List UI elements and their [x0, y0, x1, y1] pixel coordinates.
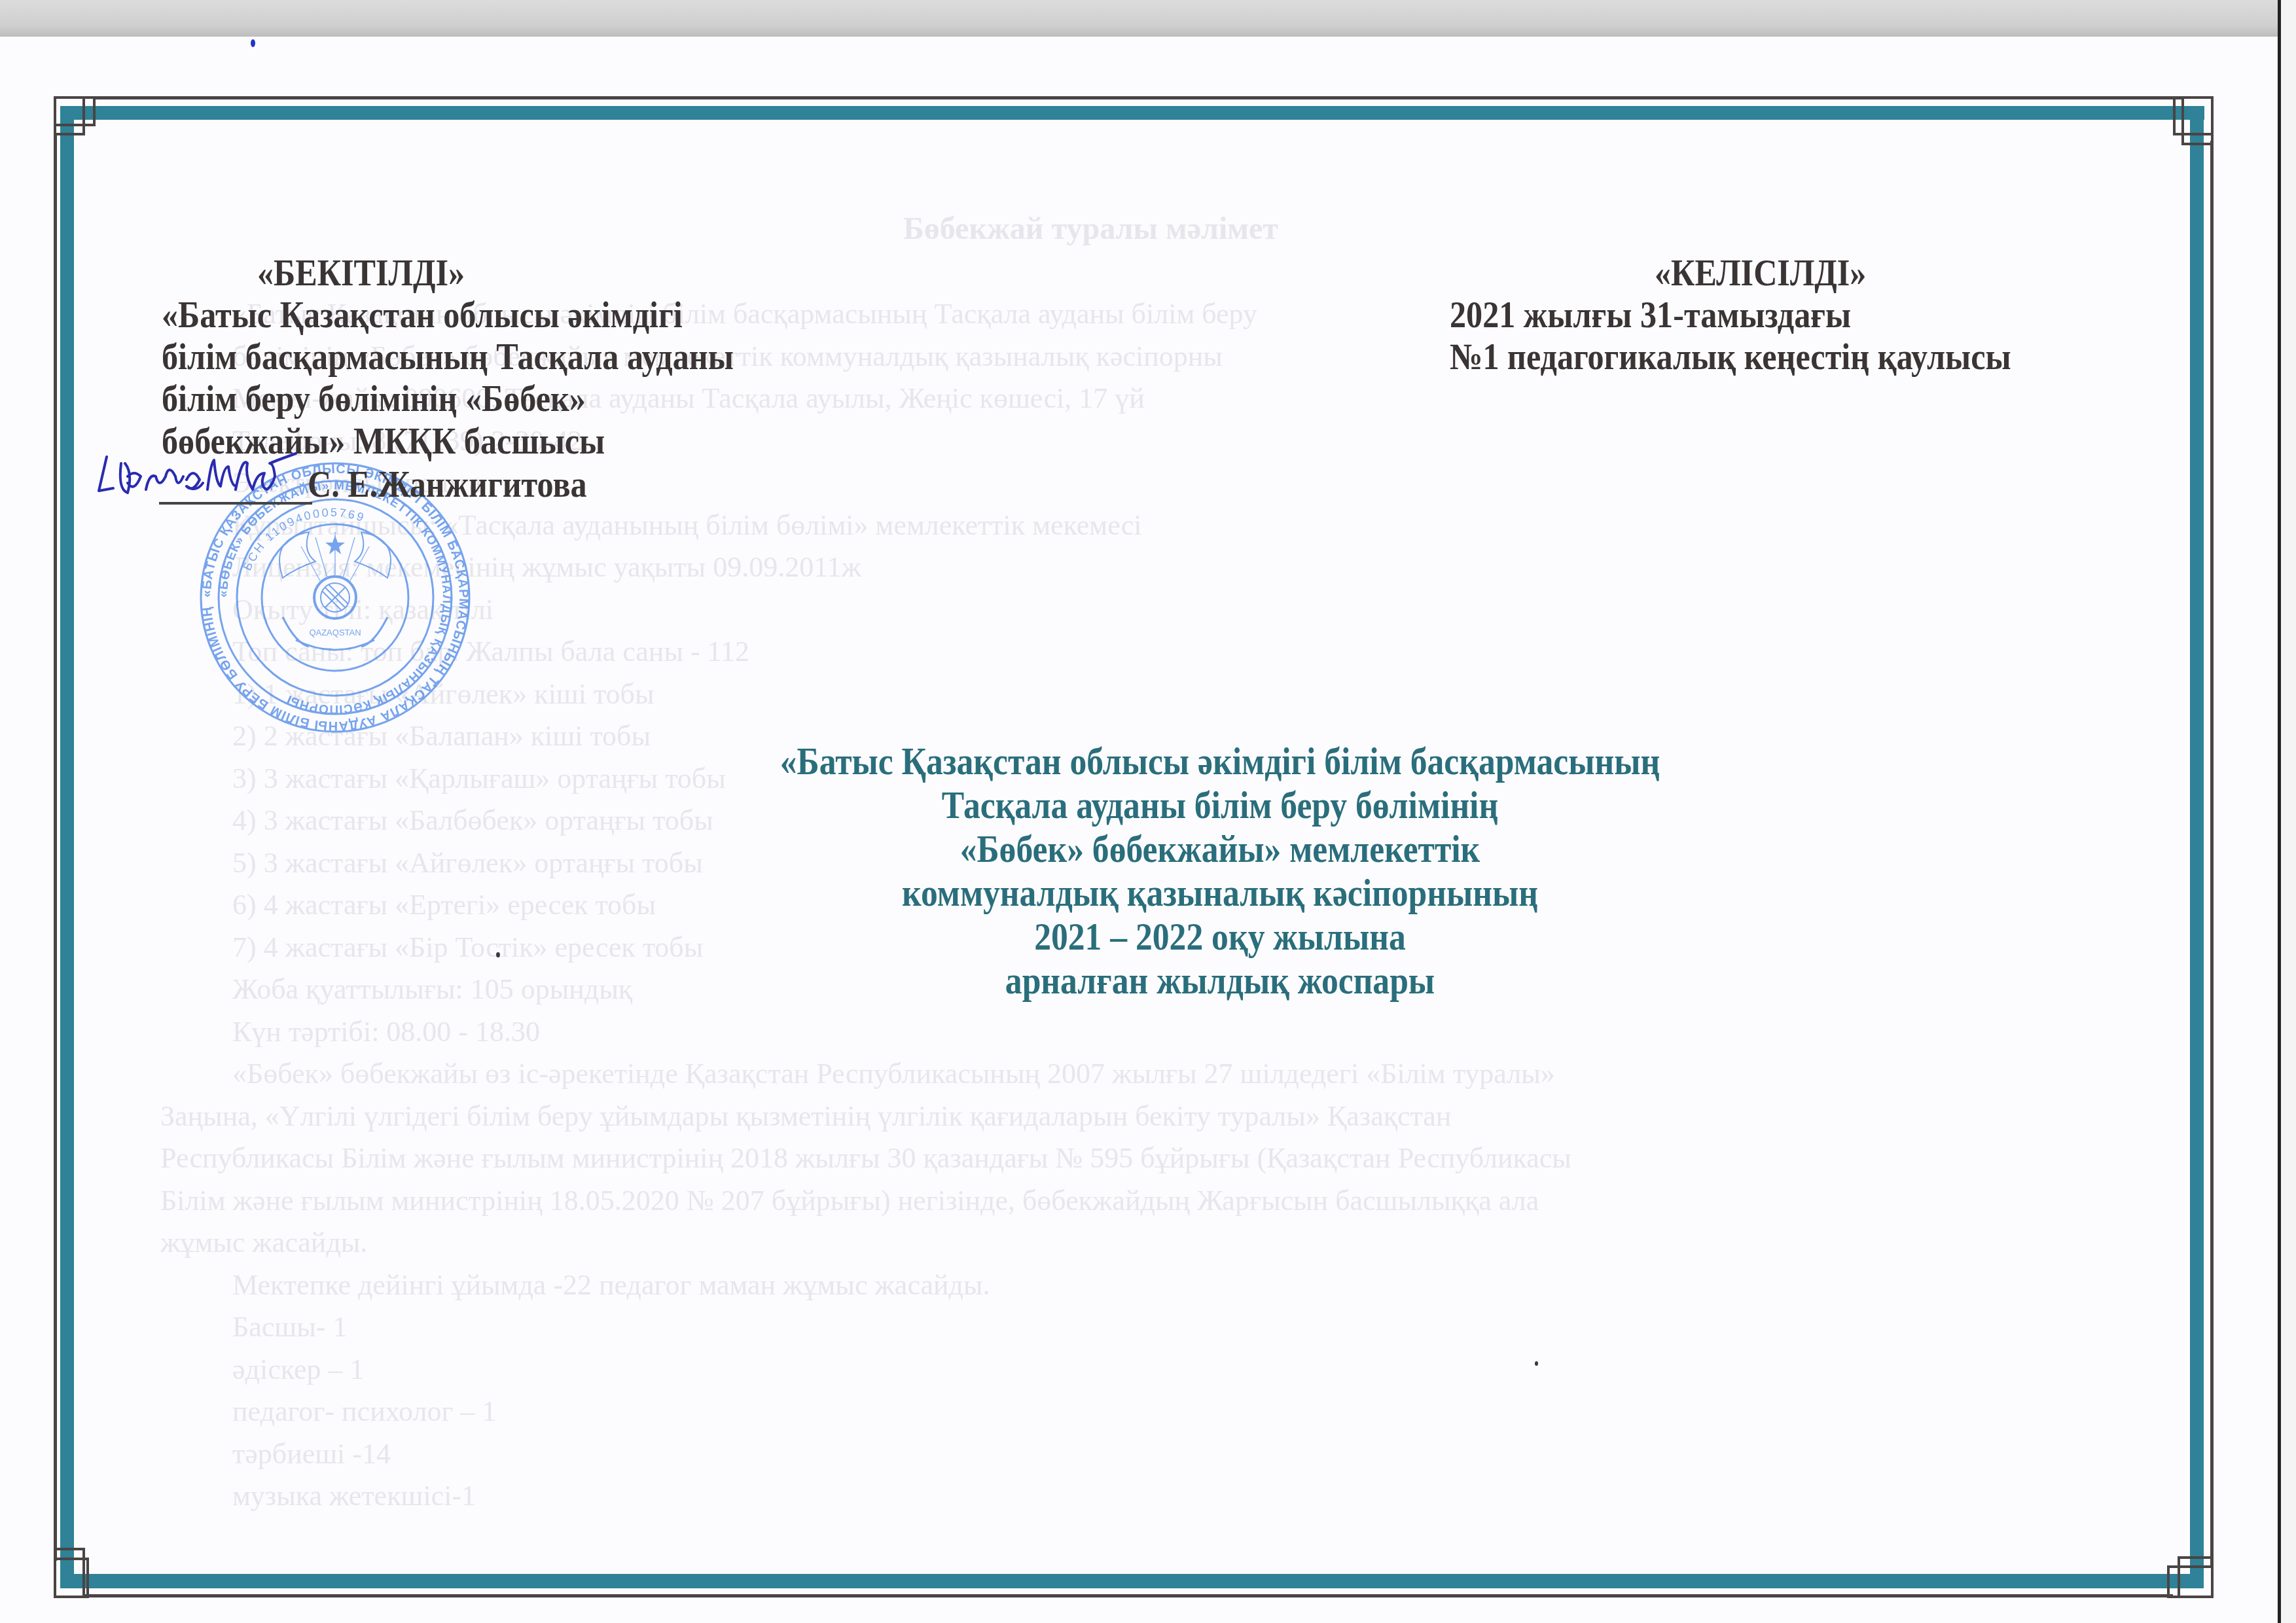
agreement-line: 2021 жылғы 31-тамыздағы	[1450, 294, 1851, 336]
bleed-line: Басшы- 1	[232, 1306, 347, 1348]
bleed-line: Күн тәртібі: 08.00 - 18.30	[232, 1011, 540, 1053]
approval-line: «Батыс Қазақстан облысы әкімдігі	[162, 294, 683, 336]
corner-ornament-top-right-2	[2181, 96, 2214, 145]
title-line: арналған жылдық жоспары	[233, 959, 2208, 1003]
bleed-line: педагог- психолог – 1	[232, 1391, 496, 1433]
ink-speck	[1535, 1361, 1538, 1366]
approval-line: білім беру бөлімінің «Бөбек»	[162, 378, 586, 420]
corner-ornament-top-left-2	[54, 96, 96, 126]
scanner-edge-top	[0, 0, 2296, 37]
title-line: Тасқала ауданы білім беру бөлімінің	[233, 783, 2208, 827]
frame-left-dark-line	[54, 134, 57, 1561]
frame-bottom-teal-bar	[60, 1574, 2201, 1588]
corner-ornament-bottom-right-2	[2178, 1556, 2214, 1598]
title-line: коммуналдық қазыналық кәсіпорнының	[233, 871, 2208, 915]
approval-line: білім басқармасының Тасқала ауданы	[162, 336, 734, 378]
title-line: «Бөбек» бөбекжайы» мемлекеттік	[233, 827, 2208, 871]
bleed-line: Республикасы Білім және ғылым министріні…	[160, 1137, 1571, 1179]
ink-speck	[251, 39, 255, 47]
bleed-line: музыка жетекшісі-1	[232, 1475, 476, 1517]
signature-underline	[159, 502, 312, 505]
handwritten-signature	[95, 450, 311, 509]
agreement-heading: «КЕЛІСІЛДІ»	[1655, 253, 1866, 294]
frame-top-teal-bar	[60, 106, 2204, 120]
bleed-heading: Бөбекжай туралы мәлімет	[903, 208, 1278, 250]
corner-ornament-bottom-left-2	[54, 1558, 89, 1598]
approval-heading: «БЕКІТІЛДІ»	[257, 253, 465, 294]
stamp-emblem-label: QAZAQSTAN	[309, 628, 361, 637]
bleed-line: Заңына, «Үлгілі үлгідегі білім беру ұйым…	[160, 1096, 1451, 1137]
bleed-line: Мектепке дейінгі ұйымда -22 педагог мама…	[232, 1264, 990, 1306]
title-line: «Батыс Қазақстан облысы әкімдігі білім б…	[233, 740, 2208, 783]
bleed-line: жұмыс жасайды.	[160, 1222, 367, 1264]
frame-bottom-dark-line	[85, 1594, 2173, 1597]
ink-speck	[496, 952, 500, 957]
document-title: «Батыс Қазақстан облысы әкімдігі білім б…	[72, 740, 2296, 1003]
bleed-line: тәрбиеші -14	[232, 1433, 391, 1475]
frame-top-dark-line	[94, 96, 2181, 99]
agreement-line: №1 педагогикалық кеңестің қаулысы	[1450, 336, 2011, 378]
title-line: 2021 – 2022 оқу жылына	[233, 915, 2208, 959]
bleed-line: Білім және ғылым министрінің 18.05.2020 …	[160, 1180, 1539, 1222]
bleed-line: «Бөбек» бөбекжайы өз іс-әрекетінде Қазақ…	[232, 1053, 1555, 1095]
bleed-line: әдіскер – 1	[232, 1349, 364, 1391]
approval-signer-name: С. Е.Жанжигитова	[308, 464, 587, 506]
